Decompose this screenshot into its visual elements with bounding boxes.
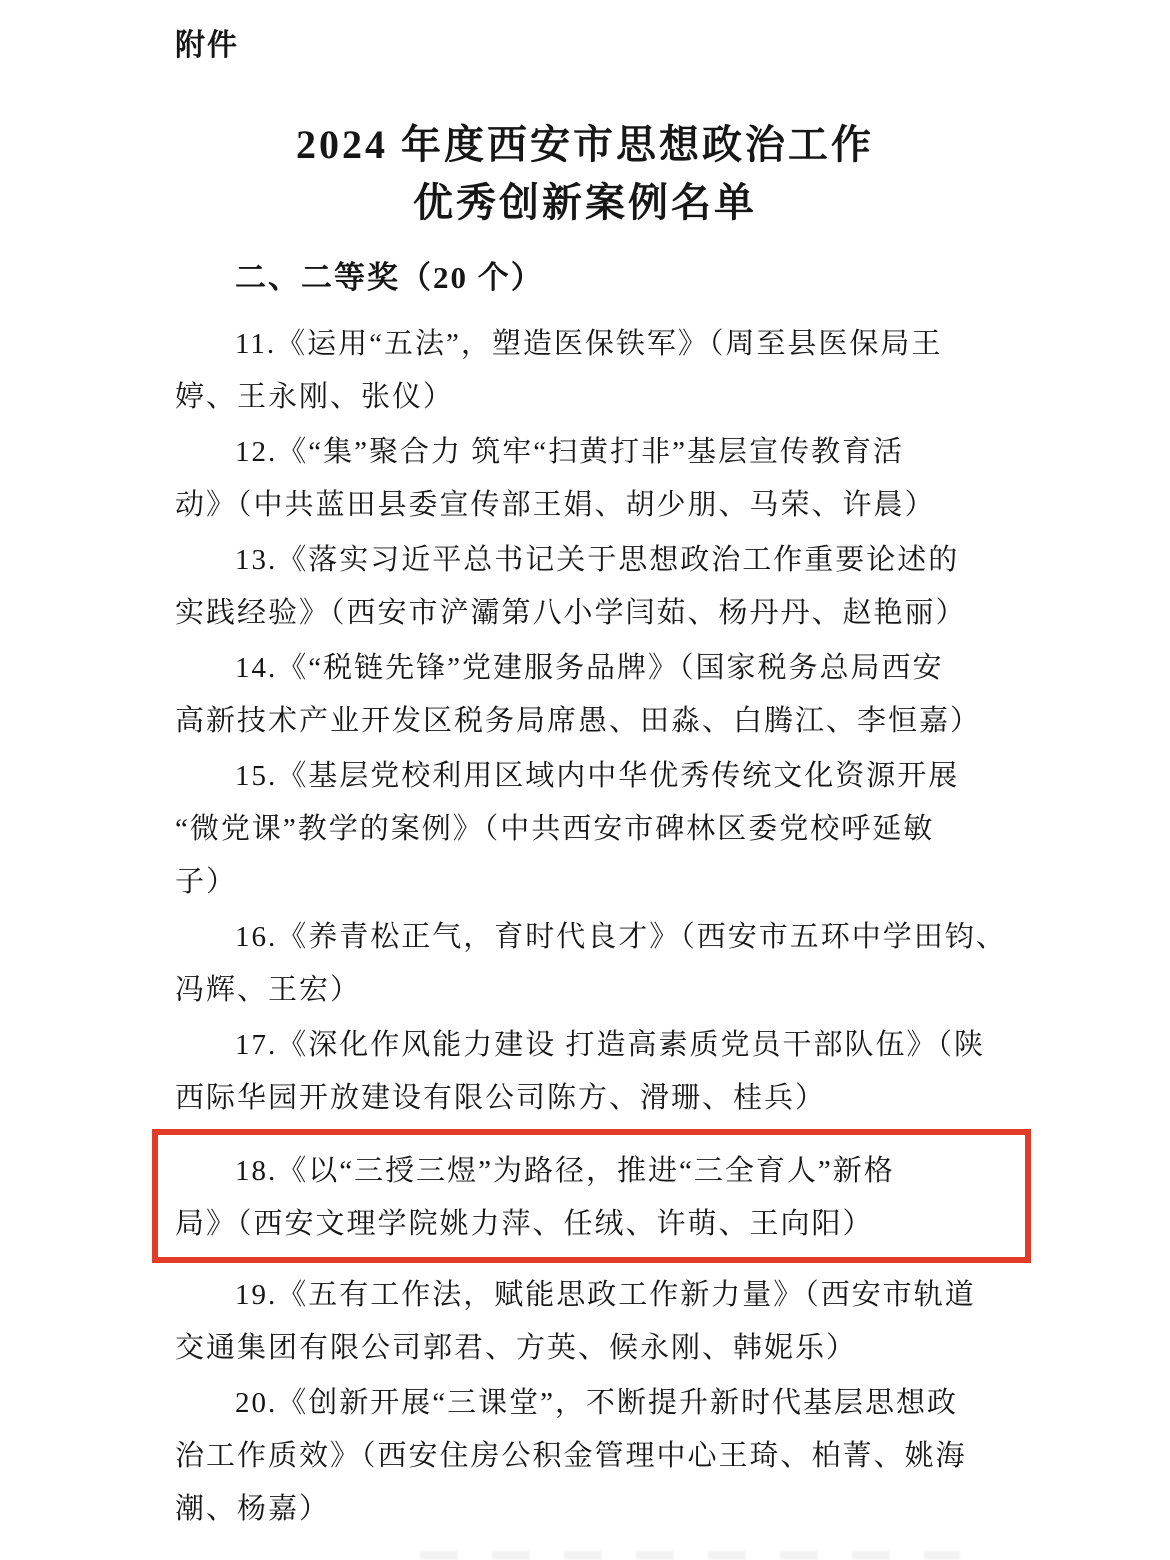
item-text-line: 18.《以“三授三煜”为路径，推进“三全育人”新格 [175, 1145, 995, 1198]
item-text-line: 11.《运用“五法”，塑造医保铁军》（周至县医保局王 [175, 318, 995, 371]
item-text-line: 动》（中共蓝田县委宣传部王娟、胡少朋、马荣、许晨） [175, 479, 995, 532]
page-bottom-cutoff-hint [420, 1551, 960, 1560]
item-text-line: 17.《深化作风能力建设 打造高素质党员干部队伍》（陕 [175, 1019, 995, 1072]
item-text-line: 西际华园开放建设有限公司陈方、滑珊、桂兵） [175, 1072, 995, 1125]
item-text-line: 治工作质效》（西安住房公积金管理中心王琦、柏菁、姚海 [175, 1430, 995, 1483]
item-text-line: 高新技术产业开发区税务局席愚、田淼、白腾江、李恒嘉） [175, 695, 995, 748]
award-item: 11.《运用“五法”，塑造医保铁军》（周至县医保局王婷、王永刚、张仪） [175, 318, 995, 424]
item-text-line: 局》（西安文理学院姚力萍、任绒、许萌、王向阳） [175, 1198, 995, 1251]
award-item: 19.《五有工作法，赋能思政工作新力量》（西安市轨道交通集团有限公司郭君、方英、… [175, 1269, 995, 1375]
award-item: 15.《基层党校利用区域内中华优秀传统文化资源开展“微党课”教学的案例》（中共西… [175, 750, 995, 909]
award-list: 11.《运用“五法”，塑造医保铁军》（周至县医保局王婷、王永刚、张仪）12.《“… [175, 318, 995, 1536]
item-text-line: 冯辉、王宏） [175, 964, 995, 1017]
document-title-line-2: 优秀创新案例名单 [175, 174, 995, 232]
item-text-line: 交通集团有限公司郭君、方英、候永刚、韩妮乐） [175, 1322, 995, 1375]
item-text-line: 19.《五有工作法，赋能思政工作新力量》（西安市轨道 [175, 1269, 995, 1322]
section-heading: 二、二等奖（20 个） [175, 260, 995, 296]
item-text-line: 14.《“税链先锋”党建服务品牌》（国家税务总局西安 [175, 642, 995, 695]
award-item: 14.《“税链先锋”党建服务品牌》（国家税务总局西安高新技术产业开发区税务局席愚… [175, 642, 995, 748]
attachment-label: 附件 [175, 26, 995, 66]
item-text-line: 13.《落实习近平总书记关于思想政治工作重要论述的 [175, 534, 995, 587]
item-text-line: “微党课”教学的案例》（中共西安市碑林区委党校呼延敏 [175, 803, 995, 856]
award-item: 17.《深化作风能力建设 打造高素质党员干部队伍》（陕西际华园开放建设有限公司陈… [175, 1019, 995, 1125]
award-item-highlighted: 18.《以“三授三煜”为路径，推进“三全育人”新格局》（西安文理学院姚力萍、任绒… [152, 1129, 1031, 1263]
award-item: 12.《“集”聚合力 筑牢“扫黄打非”基层宣传教育活动》（中共蓝田县委宣传部王娟… [175, 426, 995, 532]
document-page: 附件 2024 年度西安市思想政治工作 优秀创新案例名单 二、二等奖（20 个）… [0, 0, 1170, 1560]
item-text-line: 12.《“集”聚合力 筑牢“扫黄打非”基层宣传教育活 [175, 426, 995, 479]
item-text-line: 16.《养青松正气，育时代良才》（西安市五环中学田钧、 [175, 911, 995, 964]
item-text-line: 潮、杨嘉） [175, 1483, 995, 1536]
document-title: 2024 年度西安市思想政治工作 优秀创新案例名单 [175, 116, 995, 232]
award-item: 20.《创新开展“三课堂”，不断提升新时代基层思想政治工作质效》（西安住房公积金… [175, 1377, 995, 1536]
item-text-line: 20.《创新开展“三课堂”，不断提升新时代基层思想政 [175, 1377, 995, 1430]
item-text-line: 子） [175, 856, 995, 909]
item-text-line: 15.《基层党校利用区域内中华优秀传统文化资源开展 [175, 750, 995, 803]
item-text-line: 实践经验》（西安市浐灞第八小学闫茹、杨丹丹、赵艳丽） [175, 587, 995, 640]
award-item: 16.《养青松正气，育时代良才》（西安市五环中学田钧、冯辉、王宏） [175, 911, 995, 1017]
award-item: 13.《落实习近平总书记关于思想政治工作重要论述的实践经验》（西安市浐灞第八小学… [175, 534, 995, 640]
document-title-line-1: 2024 年度西安市思想政治工作 [175, 116, 995, 174]
item-text-line: 婷、王永刚、张仪） [175, 371, 995, 424]
